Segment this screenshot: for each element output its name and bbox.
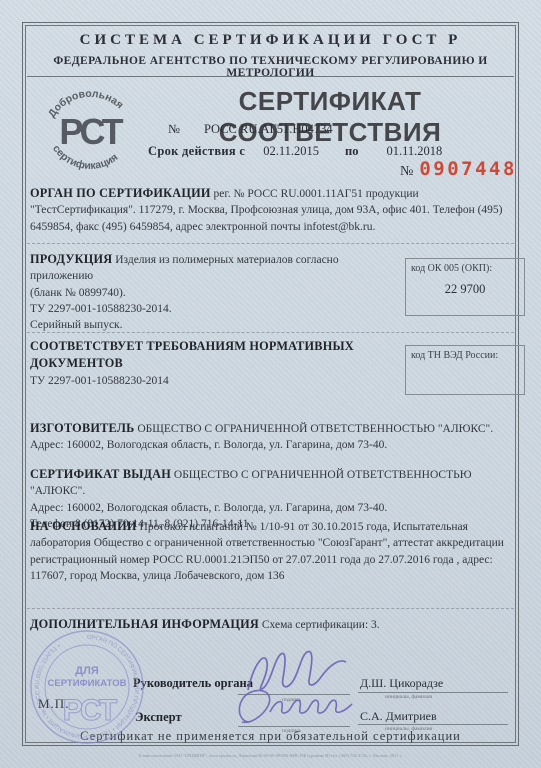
expert-name: С.А. Дмитриев [360, 709, 437, 724]
section-divider [27, 332, 514, 333]
section-production: ПРОДУКЦИЯ Изделия из полимерных материал… [30, 251, 402, 334]
head-name-caption: инициалы, фамилия [385, 694, 432, 700]
production-first-line: ПРОДУКЦИЯ Изделия из полимерных материал… [30, 251, 402, 285]
certificate-title: СЕРТИФИКАТ СООТВЕТСТВИЯ [148, 86, 512, 148]
validity-label: Срок действия с [148, 144, 245, 158]
head-name-line [358, 692, 508, 693]
blank-number-value: 0907448 [419, 158, 517, 180]
stamp-rst-mark: РСТ [63, 694, 117, 727]
okp-code-value: 22 9700 [411, 282, 519, 297]
validity-to-label: по [345, 144, 358, 158]
expert-signature [228, 684, 358, 730]
basis-label: НА ОСНОВАНИИ [30, 519, 137, 533]
section-manufacturer: ИЗГОТОВИТЕЛЬ ОБЩЕСТВО С ОГРАНИЧЕННОЙ ОТВ… [30, 420, 512, 454]
logo-rst-mark: РСТ [59, 111, 123, 152]
expert-name-line [358, 724, 508, 725]
manufacturer-label: ИЗГОТОВИТЕЛЬ [30, 421, 134, 435]
certificate-page: СИСТЕМА СЕРТИФИКАЦИИ ГОСТ Р ФЕДЕРАЛЬНОЕ … [0, 0, 541, 768]
production-line: ТУ 2297-001-10588230-2014. [30, 301, 402, 317]
certification-stamp: ОРГАН ПО СЕРТИФИКАЦИИ ПРОДУКЦИИ • ТЕСТСЕ… [26, 628, 148, 746]
conformity-text: ТУ 2297-001-10588230-2014 [30, 373, 402, 389]
validity-row: Срок действия с02.11.2015по01.11.2018 [148, 144, 442, 159]
section-divider [27, 608, 514, 609]
okp-code-box: код ОК 005 (ОКП): 22 9700 [405, 258, 525, 316]
certification-system-line: СИСТЕМА СЕРТИФИКАЦИИ ГОСТ Р [30, 32, 511, 49]
certificate-number: РОСС RU.АГ51.Н04734 [204, 122, 333, 136]
mp-seal-label: М.П. [38, 696, 69, 712]
manufacturer-first-line: ИЗГОТОВИТЕЛЬ ОБЩЕСТВО С ОГРАНИЧЕННОЙ ОТВ… [30, 420, 512, 437]
issued-to-first-line: СЕРТИФИКАТ ВЫДАН ОБЩЕСТВО С ОГРАНИЧЕННОЙ… [30, 466, 512, 500]
tnved-code-label: код ТН ВЭД России: [411, 350, 498, 361]
issued-to-address: Адрес: 160002, Вологодская область, г. В… [30, 500, 512, 516]
blank-number-label: № [400, 164, 413, 179]
certification-body-label: ОРГАН ПО СЕРТИФИКАЦИИ [30, 186, 211, 200]
additional-info-text: Схема сертификации: 3. [262, 619, 380, 631]
validity-date-to: 01.11.2018 [386, 144, 442, 158]
issued-to-label: СЕРТИФИКАТ ВЫДАН [30, 467, 171, 481]
blank-manufacturer-fine-print: Бланк изготовлен ЗАО "ОПЦИОН", www.opcio… [60, 753, 481, 758]
production-label: ПРОДУКЦИЯ [30, 252, 112, 266]
stamp-center-line1: ДЛЯ [75, 665, 99, 677]
number-label: № [168, 122, 180, 136]
tnved-code-box: код ТН ВЭД России: [405, 345, 525, 395]
blank-number-row: №0907448 [400, 158, 517, 180]
section-basis: НА ОСНОВАНИИ Протокол испытаний № 1/10-9… [30, 518, 512, 584]
conformity-label: СООТВЕТСТВУЕТ ТРЕБОВАНИЯМ НОРМАТИВНЫХ ДО… [30, 338, 402, 373]
okp-code-label: код ОК 005 (ОКП): [411, 263, 492, 274]
certificate-number-row: №РОСС RU.АГ51.Н04734 [168, 122, 333, 137]
production-line: (бланк № 0899740). [30, 285, 402, 301]
validity-date-from: 02.11.2015 [263, 144, 319, 158]
header-divider [27, 76, 514, 77]
section-conformity: СООТВЕТСТВУЕТ ТРЕБОВАНИЯМ НОРМАТИВНЫХ ДО… [30, 338, 402, 389]
section-divider [27, 243, 514, 244]
section-certification-body: ОРГАН ПО СЕРТИФИКАЦИИ рег. № РОСС RU.000… [30, 185, 512, 235]
manufacturer-name: ОБЩЕСТВО С ОГРАНИЧЕННОЙ ОТВЕТСТВЕННОСТЬЮ… [137, 423, 493, 435]
head-name: Д.Ш. Цикорадзе [360, 676, 443, 691]
stamp-center-line2: СЕРТИФИКАТОВ [48, 678, 127, 689]
manufacturer-address: Адрес: 160002, Вологодская область, г. В… [30, 437, 512, 453]
rst-logo-icon: Добровольная сертификация РСТ [36, 82, 144, 180]
